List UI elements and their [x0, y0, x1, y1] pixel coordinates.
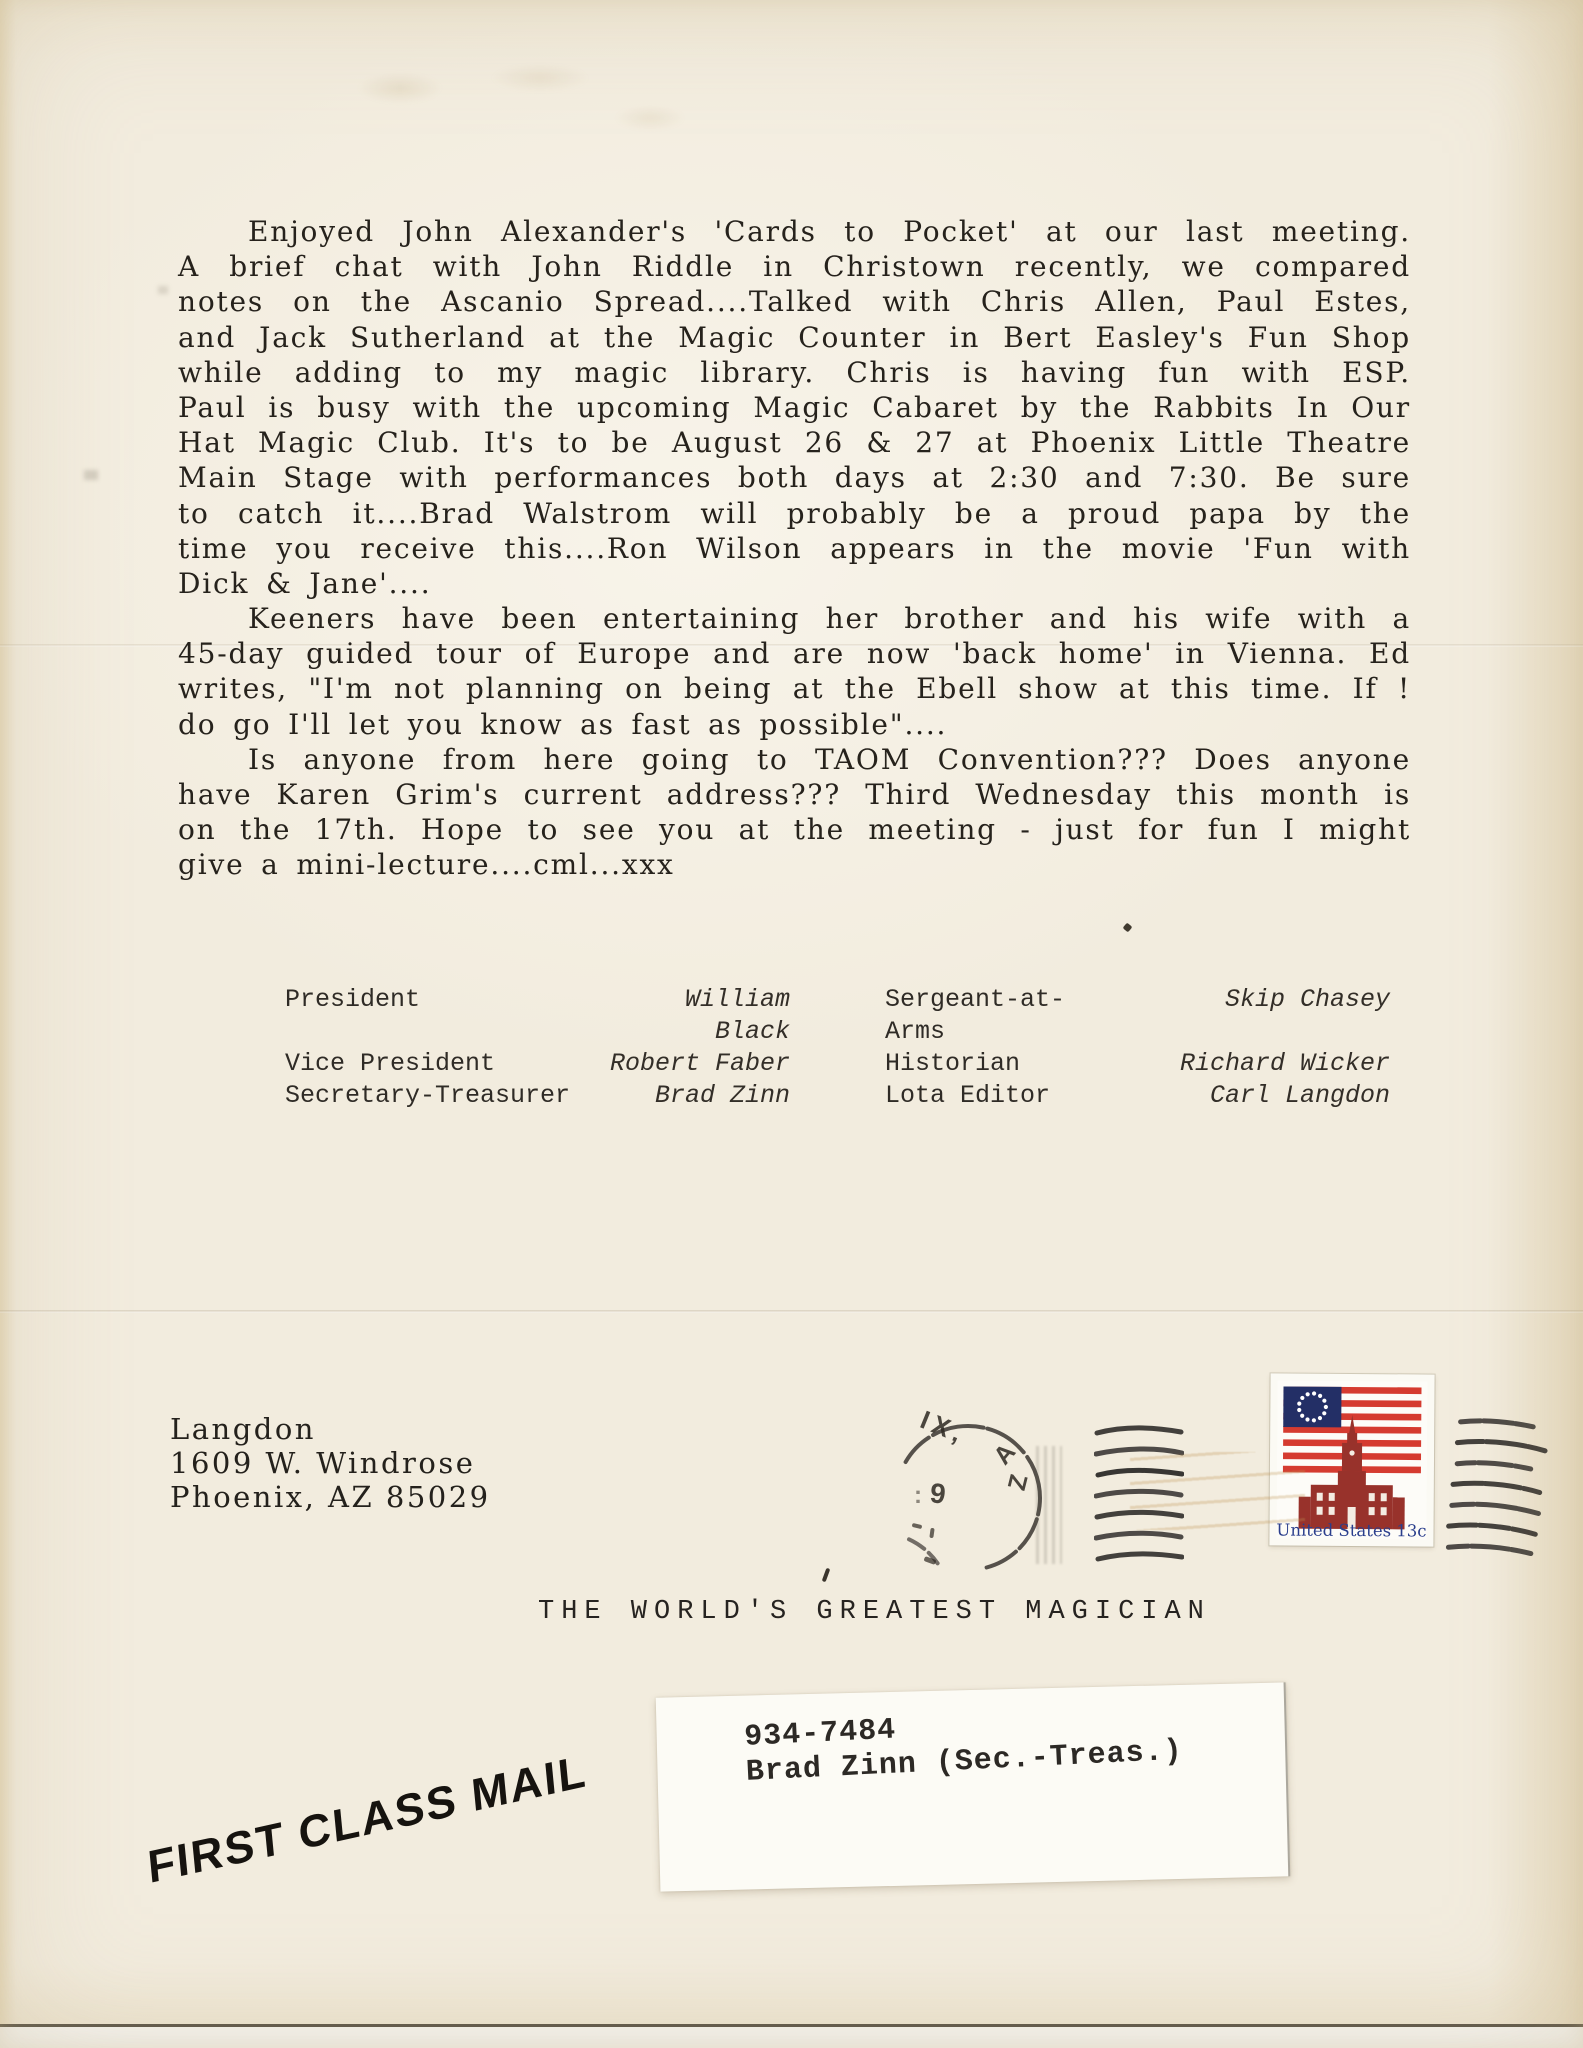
- bleedthrough-smudge: [320, 48, 740, 158]
- text-line: Main Stage with performances both days a…: [178, 460, 1411, 495]
- text-line: Enjoyed John Alexander's 'Cards to Pocke…: [178, 214, 1411, 249]
- text-line: writes, "I'm not planning on being at th…: [178, 671, 1411, 706]
- envelope-scan: Enjoyed John Alexander's 'Cards to Pocke…: [0, 0, 1583, 2048]
- officer-name: Brad Zinn: [605, 1080, 790, 1112]
- text-line: A brief chat with John Riddle in Christo…: [178, 249, 1411, 284]
- mailing-label: 934-7484 Brad Zinn (Sec.-Treas.): [656, 1682, 1291, 1891]
- address-line: 1609 W. Windrose: [170, 1446, 491, 1480]
- address-line: Phoenix, AZ 85029: [170, 1480, 491, 1514]
- officer-role: Vice President: [285, 1048, 605, 1080]
- machine-cancel-smudge: [1036, 1446, 1062, 1564]
- officer-role: President: [285, 984, 605, 1048]
- officer-name: Richard Wicker: [1125, 1048, 1390, 1080]
- text-line: give a mini-lecture....cml...xxx: [178, 847, 1411, 882]
- address-line: Langdon: [170, 1412, 491, 1446]
- officer-role: Lota Editor: [790, 1080, 1125, 1112]
- text-line: and Jack Sutherland at the Magic Counter…: [178, 320, 1411, 355]
- sender-address: Langdon 1609 W. Windrose Phoenix, AZ 850…: [170, 1412, 491, 1514]
- label-text: 934-7484 Brad Zinn (Sec.-Treas.): [744, 1700, 1184, 1791]
- officers-roster: President William Black Sergeant-at-Arms…: [285, 984, 1390, 1112]
- text-line: time you receive this....Ron Wilson appe…: [178, 531, 1411, 566]
- text-line: have Karen Grim's current address??? Thi…: [178, 777, 1411, 812]
- postmark: IX, A Z : 9: [890, 1420, 1046, 1576]
- text-line: Dick & Jane'....: [178, 566, 1411, 601]
- text-line: while adding to my magic library. Chris …: [178, 355, 1411, 390]
- paper-smudge: [158, 286, 168, 294]
- text-line: to catch it....Brad Walstrom will probab…: [178, 496, 1411, 531]
- officer-name: Robert Faber: [605, 1048, 790, 1080]
- ink-speck: [822, 1568, 831, 1583]
- text-line: on the 17th. Hope to see you at the meet…: [178, 812, 1411, 847]
- text-line: 45-day guided tour of Europe and are now…: [178, 636, 1411, 671]
- faded-cancel-streaks: [1130, 1452, 1305, 1530]
- officer-role: Historian: [790, 1048, 1125, 1080]
- text-line: Keeners have been entertaining her broth…: [178, 601, 1411, 636]
- text-line: do go I'll let you know as fast as possi…: [178, 707, 1411, 742]
- officer-role: Secretary-Treasurer: [285, 1080, 605, 1112]
- officer-role: Sergeant-at-Arms: [790, 984, 1125, 1048]
- officer-name: Carl Langdon: [1125, 1080, 1390, 1112]
- text-line: Is anyone from here going to TAOM Conven…: [178, 742, 1411, 777]
- text-line: Paul is busy with the upcoming Magic Cab…: [178, 390, 1411, 425]
- paper-smudge: [84, 470, 98, 480]
- text-line: Hat Magic Club. It's to be August 26 & 2…: [178, 425, 1411, 460]
- first-class-mail-stamp: FIRST CLASS MAIL: [145, 1745, 589, 1894]
- postmark-date-digit: 9: [928, 1477, 947, 1510]
- officer-name: William Black: [605, 984, 790, 1048]
- text-line: notes on the Ascanio Spread....Talked wi…: [178, 284, 1411, 319]
- ink-speck: [1123, 923, 1133, 933]
- tagline-text: THE WORLD'S GREATEST MAGICIAN: [538, 1597, 1211, 1627]
- newsletter-text: Enjoyed John Alexander's 'Cards to Pocke…: [178, 214, 1411, 883]
- officer-name: Skip Chasey: [1125, 984, 1390, 1048]
- scanner-background: [0, 2027, 1583, 2048]
- postmark-text: :: [914, 1482, 922, 1510]
- fold-line: [0, 1310, 1583, 1313]
- cancellation-lines-icon: [1443, 1411, 1551, 1562]
